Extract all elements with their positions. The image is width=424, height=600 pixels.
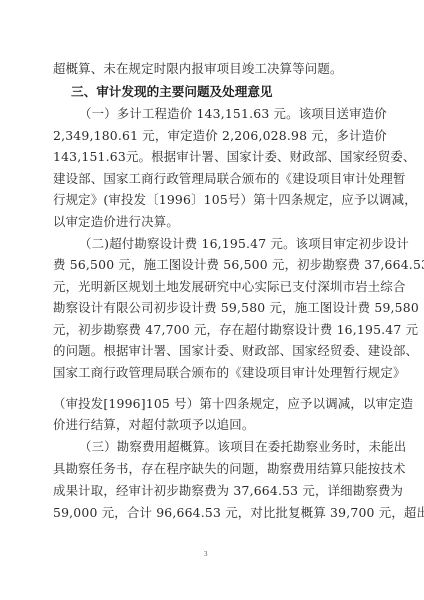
paragraph-line: 勘察设计有限公司初步设计费 59,580 元，施工图设计费 59,580 [53, 300, 370, 316]
paragraph-line: 元，初步勘察费 47,700 元，存在超付勘察设计费 16,195.47 元 [53, 322, 370, 338]
paragraph-line: （三）勘察费用超概算。该项目在委托勘察业务时，未能出 [79, 439, 370, 455]
paragraph-line: 价进行结算，对超付款项予以追回。 [53, 417, 370, 433]
paragraph-line: 具勘察任务书，存在程序缺失的问题，勘察费用结算只能按技术 [53, 461, 370, 477]
paragraph-line: 国家工商行政管理局联合颁布的《建设项目审计处理暂行规定》 [53, 365, 370, 381]
paragraph-line: （审投发[1996]105 号）第十四条规定，应予以调减，以审定造 [53, 396, 370, 412]
paragraph-line: 超概算、未在规定时限内报审项目竣工决算等问题。 [53, 61, 370, 77]
paragraph-line: 元，光明新区规划土地发展研究中心实际已支付深圳市岩土综合 [53, 279, 370, 295]
paragraph-line: （二)超付勘察设计费 16,195.47 元。该项目审定初步设计 [79, 236, 370, 252]
paragraph-line: 2,349,180.61 元，审定造价 2,206,028.98 元，多计造价 [53, 128, 370, 144]
section-heading: 三、审计发现的主要问题及处理意见 [71, 84, 273, 100]
paragraph-line: 建设部、国家工商行政管理局联合颁布的《建设项目审计处理暂 [53, 171, 370, 187]
paragraph-line: 以审定造价进行决算。 [53, 214, 370, 230]
paragraph-line: 行规定》(审投发〔1996〕105号）第十四条规定，应予以调减， [53, 192, 370, 208]
paragraph-line: 费 56,500 元，施工图设计费 56,500 元，初步勘察费 37,664.… [53, 257, 370, 273]
page-number: 3 [204, 550, 208, 558]
paragraph-line: 成果计取，经审计初步勘察费为 37,664.53 元，详细勘察费为 [53, 483, 370, 499]
document-page: 超概算、未在规定时限内报审项目竣工决算等问题。 三、审计发现的主要问题及处理意见… [0, 0, 424, 600]
paragraph-line: 的问题。根据审计署、国家计委、财政部、国家经贸委、建设部、 [53, 343, 370, 359]
paragraph-line: 143,151.63元。根据审计署、国家计委、财政部、国家经贸委、 [53, 149, 370, 165]
paragraph-line: 59,000 元，合计 96,664.53 元，对比批复概算 39,700 元，… [53, 505, 370, 521]
paragraph-line: （一）多计工程造价 143,151.63 元。该项目送审造价 [79, 106, 370, 122]
